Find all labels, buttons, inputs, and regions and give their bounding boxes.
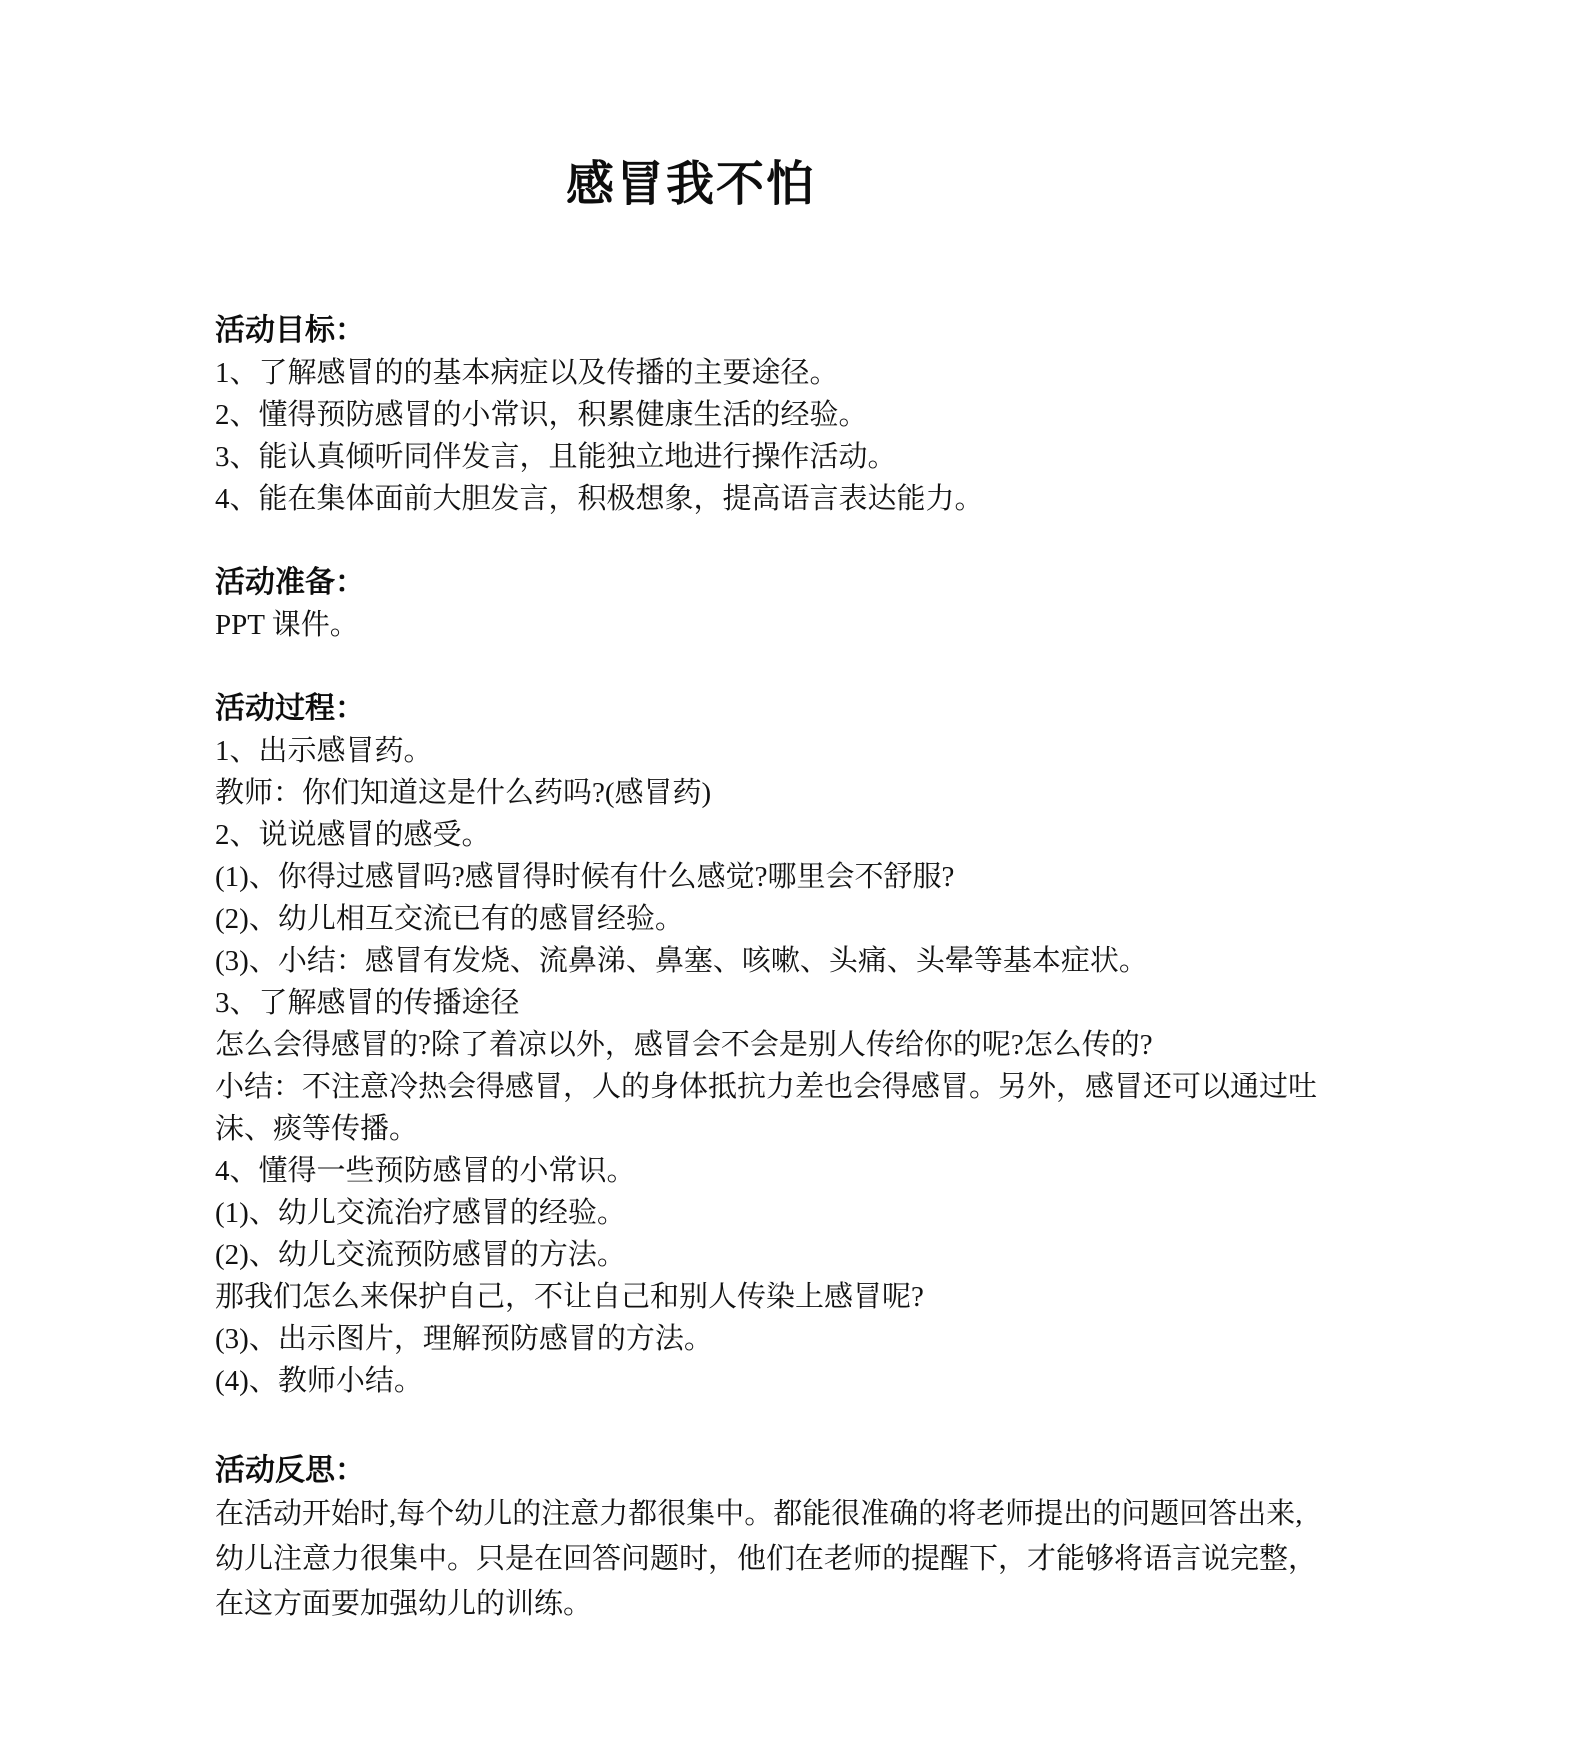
text-line: 2、懂得预防感冒的小常识，积累健康生活的经验。 xyxy=(215,394,1350,436)
section-heading: 活动目标： xyxy=(215,310,1350,352)
text-line: PPT 课件。 xyxy=(215,604,1350,646)
section-process: 活动过程：1、出示感冒药。教师：你们知道这是什么药吗?(感冒药)2、说说感冒的感… xyxy=(215,688,1350,1402)
text-line: (4)、教师小结。 xyxy=(215,1360,1350,1402)
section-preparation: 活动准备：PPT 课件。 xyxy=(215,562,1350,646)
text-line: 3、了解感冒的传播途径 xyxy=(215,982,1350,1024)
text-line: 4、能在集体面前大胆发言，积极想象，提高语言表达能力。 xyxy=(215,478,1350,520)
text-line: 在这方面要加强幼儿的训练。 xyxy=(215,1582,1350,1627)
text-line: (1)、幼儿交流治疗感冒的经验。 xyxy=(215,1192,1350,1234)
text-line: 1、了解感冒的的基本病症以及传播的主要途径。 xyxy=(215,352,1350,394)
section-goals: 活动目标：1、了解感冒的的基本病症以及传播的主要途径。2、懂得预防感冒的小常识，… xyxy=(215,310,1350,520)
document-page: 感冒我不怕 活动目标：1、了解感冒的的基本病症以及传播的主要途径。2、懂得预防感… xyxy=(0,0,1587,1757)
text-line: (3)、小结：感冒有发烧、流鼻涕、鼻塞、咳嗽、头痛、头晕等基本症状。 xyxy=(215,940,1350,982)
text-line: 沫、痰等传播。 xyxy=(215,1108,1350,1150)
text-line: 3、能认真倾听同伴发言，且能独立地进行操作活动。 xyxy=(215,436,1350,478)
section-heading: 活动反思： xyxy=(215,1450,1350,1492)
text-line: 4、懂得一些预防感冒的小常识。 xyxy=(215,1150,1350,1192)
text-line: (3)、出示图片，理解预防感冒的方法。 xyxy=(215,1318,1350,1360)
page-title: 感冒我不怕 xyxy=(215,160,1167,210)
section-heading: 活动准备： xyxy=(215,562,1350,604)
text-line: 1、出示感冒药。 xyxy=(215,730,1350,772)
text-line: 怎么会得感冒的?除了着凉以外，感冒会不会是别人传给你的呢?怎么传的? xyxy=(215,1024,1350,1066)
text-line: (2)、幼儿交流预防感冒的方法。 xyxy=(215,1234,1350,1276)
document-body: 活动目标：1、了解感冒的的基本病症以及传播的主要途径。2、懂得预防感冒的小常识，… xyxy=(215,310,1350,1627)
text-line: (1)、你得过感冒吗?感冒得时候有什么感觉?哪里会不舒服? xyxy=(215,856,1350,898)
text-line: 在活动开始时,每个幼儿的注意力都很集中。都能很准确的将老师提出的问题回答出来, xyxy=(215,1492,1350,1537)
text-line: 教师：你们知道这是什么药吗?(感冒药) xyxy=(215,772,1350,814)
text-line: 小结：不注意冷热会得感冒，人的身体抵抗力差也会得感冒。另外，感冒还可以通过吐 xyxy=(215,1066,1350,1108)
section-heading: 活动过程： xyxy=(215,688,1350,730)
text-line: (2)、幼儿相互交流已有的感冒经验。 xyxy=(215,898,1350,940)
text-line: 2、说说感冒的感受。 xyxy=(215,814,1350,856)
text-line: 那我们怎么来保护自己，不让自己和别人传染上感冒呢? xyxy=(215,1276,1350,1318)
document-content: 感冒我不怕 活动目标：1、了解感冒的的基本病症以及传播的主要途径。2、懂得预防感… xyxy=(215,160,1350,1627)
text-line: 幼儿注意力很集中。只是在回答问题时，他们在老师的提醒下，才能够将语言说完整， xyxy=(215,1537,1350,1582)
section-reflection: 活动反思：在活动开始时,每个幼儿的注意力都很集中。都能很准确的将老师提出的问题回… xyxy=(215,1450,1350,1627)
